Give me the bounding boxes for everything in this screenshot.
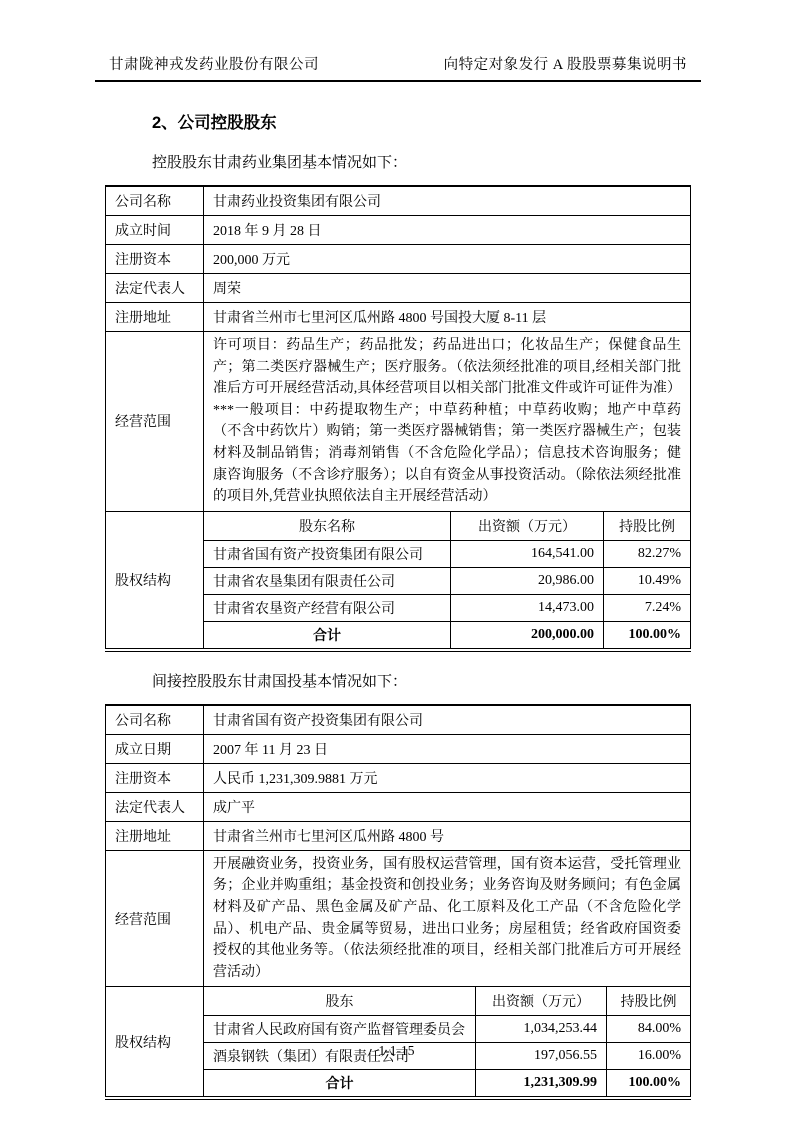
section-title: 2、公司控股股东 [152,109,701,133]
business-scope-value: 许可项目：药品生产；药品批发；药品进出口；化妆品生产；保健食品生产；第二类医疗器… [204,332,691,512]
field-value: 成广平 [204,792,691,821]
intro-paragraph-2: 间接控股股东甘肃国投基本情况如下： [95,670,701,691]
field-label: 法定代表人 [106,274,204,303]
field-label: 注册地址 [106,303,204,332]
field-label: 股权结构 [106,511,204,650]
equity-header-row: 股权结构 股东名称 出资额（万元） 持股比例 [106,511,691,540]
table-row: 成立时间 2018 年 9 月 28 日 [106,216,691,245]
column-header-shareholder: 股东名称 [204,511,451,540]
table-row: 法定代表人 周荣 [106,274,691,303]
percent-value: 84.00% [607,1016,691,1043]
total-label: 合计 [204,1070,476,1099]
column-header-amount: 出资额（万元） [476,987,607,1016]
total-amount: 1,231,309.99 [476,1070,607,1099]
amount-value: 14,473.00 [451,594,604,621]
field-label: 注册资本 [106,763,204,792]
field-label: 成立时间 [106,216,204,245]
table-row: 注册地址 甘肃省兰州市七里河区瓜州路 4800 号国投大厦 8-11 层 [106,303,691,332]
field-label: 成立日期 [106,734,204,763]
page-header: 甘肃陇神戎发药业股份有限公司 向特定对象发行 A 股股票募集说明书 [95,53,701,82]
business-scope-value: 开展融资业务，投资业务，国有股权运营管理，国有资本运营，受托管理业务；企业并购重… [204,850,691,987]
table-row: 公司名称 甘肃药业投资集团有限公司 [106,186,691,216]
field-label: 法定代表人 [106,792,204,821]
field-value: 甘肃省兰州市七里河区瓜州路 4800 号 [204,821,691,850]
shareholder-name: 甘肃省国有资产投资集团有限公司 [204,540,451,567]
column-header-percent: 持股比例 [607,987,691,1016]
table-row: 注册资本 200,000 万元 [106,245,691,274]
table-row: 法定代表人 成广平 [106,792,691,821]
field-label: 公司名称 [106,186,204,216]
total-percent: 100.00% [604,621,691,650]
indirect-controlling-shareholder-info-table: 公司名称 甘肃省国有资产投资集团有限公司 成立日期 2007 年 11 月 23… [105,704,691,1101]
table-row: 经营范围 许可项目：药品生产；药品批发；药品进出口；化妆品生产；保健食品生产；第… [106,332,691,512]
field-value: 2007 年 11 月 23 日 [204,734,691,763]
amount-value: 164,541.00 [451,540,604,567]
percent-value: 10.49% [604,567,691,594]
total-label: 合计 [204,621,451,650]
field-value: 甘肃药业投资集团有限公司 [204,186,691,216]
field-value: 甘肃省兰州市七里河区瓜州路 4800 号国投大厦 8-11 层 [204,303,691,332]
page-number: 1-1-15 [0,1043,793,1059]
field-value: 2018 年 9 月 28 日 [204,216,691,245]
table-row: 成立日期 2007 年 11 月 23 日 [106,734,691,763]
table-row: 注册地址 甘肃省兰州市七里河区瓜州路 4800 号 [106,821,691,850]
document-page: 甘肃陇神戎发药业股份有限公司 向特定对象发行 A 股股票募集说明书 2、公司控股… [0,0,793,1122]
field-value: 周荣 [204,274,691,303]
table-row: 注册资本 人民币 1,231,309.9881 万元 [106,763,691,792]
shareholder-name: 甘肃省农垦资产经营有限公司 [204,594,451,621]
controlling-shareholder-info-table: 公司名称 甘肃药业投资集团有限公司 成立时间 2018 年 9 月 28 日 注… [105,185,691,652]
field-value: 200,000 万元 [204,245,691,274]
field-label: 经营范围 [106,332,204,512]
field-label: 注册资本 [106,245,204,274]
shareholder-name: 甘肃省人民政府国有资产监督管理委员会 [204,1016,476,1043]
table-row: 公司名称 甘肃省国有资产投资集团有限公司 [106,705,691,735]
field-label: 公司名称 [106,705,204,735]
field-value: 人民币 1,231,309.9881 万元 [204,763,691,792]
percent-value: 82.27% [604,540,691,567]
total-amount: 200,000.00 [451,621,604,650]
equity-header-row: 股权结构 股东 出资额（万元） 持股比例 [106,987,691,1016]
amount-value: 1,034,253.44 [476,1016,607,1043]
header-company-name: 甘肃陇神戎发药业股份有限公司 [109,53,319,74]
column-header-shareholder: 股东 [204,987,476,1016]
intro-paragraph-1: 控股股东甘肃药业集团基本情况如下： [95,151,701,172]
field-label: 注册地址 [106,821,204,850]
percent-value: 7.24% [604,594,691,621]
column-header-percent: 持股比例 [604,511,691,540]
shareholder-name: 甘肃省农垦集团有限责任公司 [204,567,451,594]
column-header-amount: 出资额（万元） [451,511,604,540]
amount-value: 20,986.00 [451,567,604,594]
field-label: 经营范围 [106,850,204,987]
header-doc-title: 向特定对象发行 A 股股票募集说明书 [444,53,687,74]
field-value: 甘肃省国有资产投资集团有限公司 [204,705,691,735]
total-percent: 100.00% [607,1070,691,1099]
table-row: 经营范围 开展融资业务，投资业务，国有股权运营管理，国有资本运营，受托管理业务；… [106,850,691,987]
